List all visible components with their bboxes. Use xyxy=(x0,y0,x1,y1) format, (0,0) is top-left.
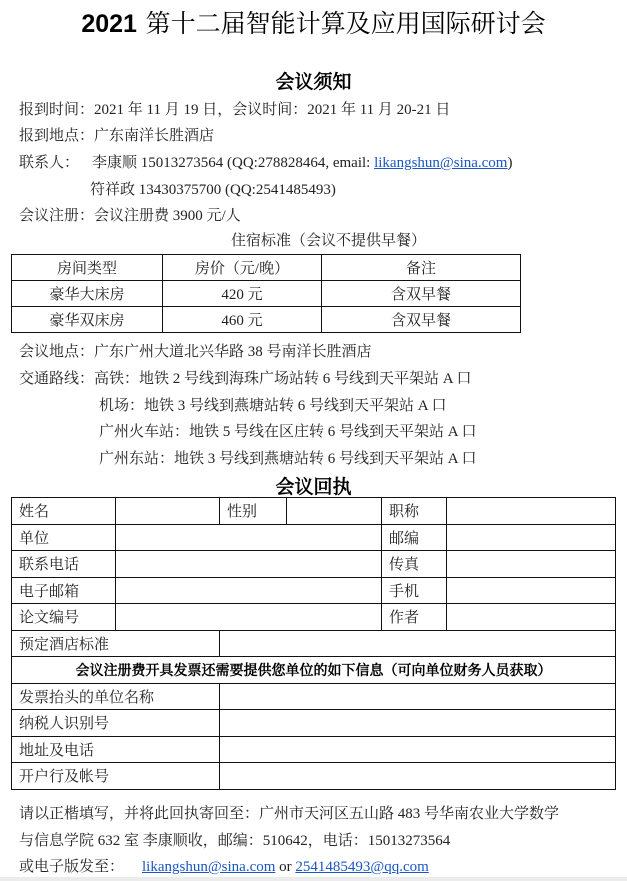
room-remark: 含双早餐 xyxy=(322,281,521,307)
lodging-table: 房间类型 房价（元/晚） 备注 豪华大床房 420 元 含双早餐 豪华双床房 4… xyxy=(11,254,521,333)
contact1-email-link[interactable]: likangshun@sina.com xyxy=(374,155,507,171)
form-row: 姓名 性别 职称 xyxy=(12,498,616,525)
tax-id-field[interactable] xyxy=(220,710,616,737)
phone-field[interactable] xyxy=(116,551,382,578)
label-invoice-title: 发票抬头的单位名称 xyxy=(12,683,220,710)
room-remark: 含双早餐 xyxy=(322,307,521,333)
footer-email-link-2[interactable]: 2541485493@qq.com xyxy=(295,859,428,875)
transport-route: 广州火车站：地铁 5 号线在区庄转 6 号线到天平架站 A 口 xyxy=(99,423,477,441)
room-price: 460 元 xyxy=(163,307,322,333)
label-bank-account: 开户行及帐号 xyxy=(12,763,220,790)
transport-label: 交通路线： xyxy=(19,371,94,387)
label-email: 电子邮箱 xyxy=(12,577,116,604)
title-year: 2021 xyxy=(81,10,137,38)
form-row: 联系电话 传真 xyxy=(12,551,616,578)
lodging-header-row: 房间类型 房价（元/晚） 备注 xyxy=(12,255,521,281)
footer-line-3: 或电子版发至：likangshun@sina.com or 2541485493… xyxy=(19,858,429,876)
room-type: 豪华双床房 xyxy=(12,307,163,333)
form-row: 预定酒店标准 xyxy=(12,630,616,657)
contact1-info: 李康顺 15013273564 (QQ:278828464, email: xyxy=(92,155,374,171)
receipt-form-table: 姓名 性别 职称 单位 邮编 联系电话 传真 电子邮箱 手机 论文编号 作者 预… xyxy=(11,497,616,790)
label-hotel-standard: 预定酒店标准 xyxy=(12,630,220,657)
label-address-phone: 地址及电话 xyxy=(12,736,220,763)
form-row: 地址及电话 xyxy=(12,736,616,763)
footer-line-1: 请以正楷填写，并将此回执寄回至：广州市天河区五山路 483 号华南农业大学数学 xyxy=(19,805,559,823)
label-phone: 联系电话 xyxy=(12,551,116,578)
label-gender: 性别 xyxy=(220,498,287,525)
document-title: 2021 第十二届智能计算及应用国际研讨会 xyxy=(0,4,627,40)
mobile-field[interactable] xyxy=(447,577,616,604)
contact1-suffix: ) xyxy=(507,155,512,171)
receipt-heading: 会议回执 xyxy=(0,472,627,499)
postcode-field[interactable] xyxy=(447,524,616,551)
author-field[interactable] xyxy=(447,604,616,631)
registration-fee: 会议注册：会议注册费 3900 元/人 xyxy=(19,207,241,225)
label-tax-id: 纳税人识别号 xyxy=(12,710,220,737)
footer-or: or xyxy=(275,859,295,875)
invoice-banner: 会议注册费开具发票还需要提供您单位的如下信息（可向单位财务人员获取） xyxy=(12,657,616,684)
notice-heading: 会议须知 xyxy=(0,67,627,94)
contact-label: 联系人： xyxy=(19,155,79,171)
contact-line-2: 符祥政 13430375700 (QQ:2541485493) xyxy=(90,181,336,199)
label-author: 作者 xyxy=(382,604,447,631)
name-field[interactable] xyxy=(116,498,220,525)
footer-email-prefix: 或电子版发至： xyxy=(19,859,124,875)
bank-account-field[interactable] xyxy=(220,763,616,790)
registration-place: 报到地点：广东南洋长胜酒店 xyxy=(19,127,214,145)
transport-line-1: 交通路线：高铁：地铁 2 号线到海珠广场站转 6 号线到天平架站 A 口 xyxy=(19,370,472,388)
transport-route: 广州东站：地铁 3 号线到燕塘站转 6 号线到天平架站 A 口 xyxy=(99,450,477,468)
label-fax: 传真 xyxy=(382,551,447,578)
transport-route: 机场：地铁 3 号线到燕塘站转 6 号线到天平架站 A 口 xyxy=(99,397,447,415)
title-field[interactable] xyxy=(447,498,616,525)
email-field[interactable] xyxy=(116,577,382,604)
contact-line-1: 联系人：李康顺 15013273564 (QQ:278828464, email… xyxy=(19,154,512,172)
title-text: 第十二届智能计算及应用国际研讨会 xyxy=(146,9,546,38)
label-name: 姓名 xyxy=(12,498,116,525)
header-price: 房价（元/晚） xyxy=(163,255,322,281)
room-price: 420 元 xyxy=(163,281,322,307)
label-paper-no: 论文编号 xyxy=(12,604,116,631)
venue: 会议地点：广东广州大道北兴华路 38 号南洋长胜酒店 xyxy=(19,343,372,361)
lodging-row: 豪华大床房 420 元 含双早餐 xyxy=(12,281,521,307)
footer-line-2: 与信息学院 632 室 李康顺收，邮编：510642，电话：1501327356… xyxy=(19,832,450,850)
org-field[interactable] xyxy=(116,524,382,551)
header-remark: 备注 xyxy=(322,255,521,281)
header-room-type: 房间类型 xyxy=(12,255,163,281)
label-title: 职称 xyxy=(382,498,447,525)
fax-field[interactable] xyxy=(447,551,616,578)
gender-field[interactable] xyxy=(287,498,382,525)
form-row: 论文编号 作者 xyxy=(12,604,616,631)
transport-route: 高铁：地铁 2 号线到海珠广场站转 6 号线到天平架站 A 口 xyxy=(94,371,472,387)
form-row: 纳税人识别号 xyxy=(12,710,616,737)
registration-time: 报到时间：2021 年 11 月 19 日，会议时间：2021 年 11 月 2… xyxy=(19,101,450,119)
paper-no-field[interactable] xyxy=(116,604,382,631)
room-type: 豪华大床房 xyxy=(12,281,163,307)
form-row: 发票抬头的单位名称 xyxy=(12,683,616,710)
invoice-banner-row: 会议注册费开具发票还需要提供您单位的如下信息（可向单位财务人员获取） xyxy=(12,657,616,684)
form-row: 电子邮箱 手机 xyxy=(12,577,616,604)
label-mobile: 手机 xyxy=(382,577,447,604)
hotel-standard-field[interactable] xyxy=(220,630,616,657)
address-phone-field[interactable] xyxy=(220,736,616,763)
footer-email-link-1[interactable]: likangshun@sina.com xyxy=(142,859,275,875)
page-bottom-divider xyxy=(0,877,627,881)
form-row: 开户行及帐号 xyxy=(12,763,616,790)
invoice-title-field[interactable] xyxy=(220,683,616,710)
label-postcode: 邮编 xyxy=(382,524,447,551)
form-row: 单位 邮编 xyxy=(12,524,616,551)
lodging-caption: 住宿标准（会议不提供早餐） xyxy=(0,232,627,250)
label-org: 单位 xyxy=(12,524,116,551)
lodging-row: 豪华双床房 460 元 含双早餐 xyxy=(12,307,521,333)
